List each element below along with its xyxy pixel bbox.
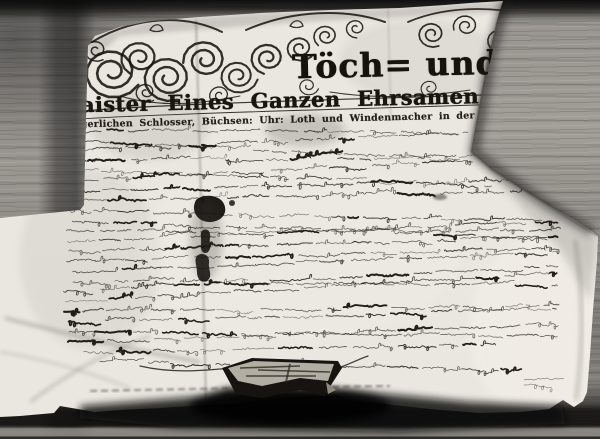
seal-shadow (190, 388, 390, 424)
wax-seal-flap (222, 358, 342, 398)
document-artwork (0, 0, 600, 439)
photo-of-old-document: Töch= und Andern Maister Eines Ganzen Eh… (0, 0, 600, 439)
